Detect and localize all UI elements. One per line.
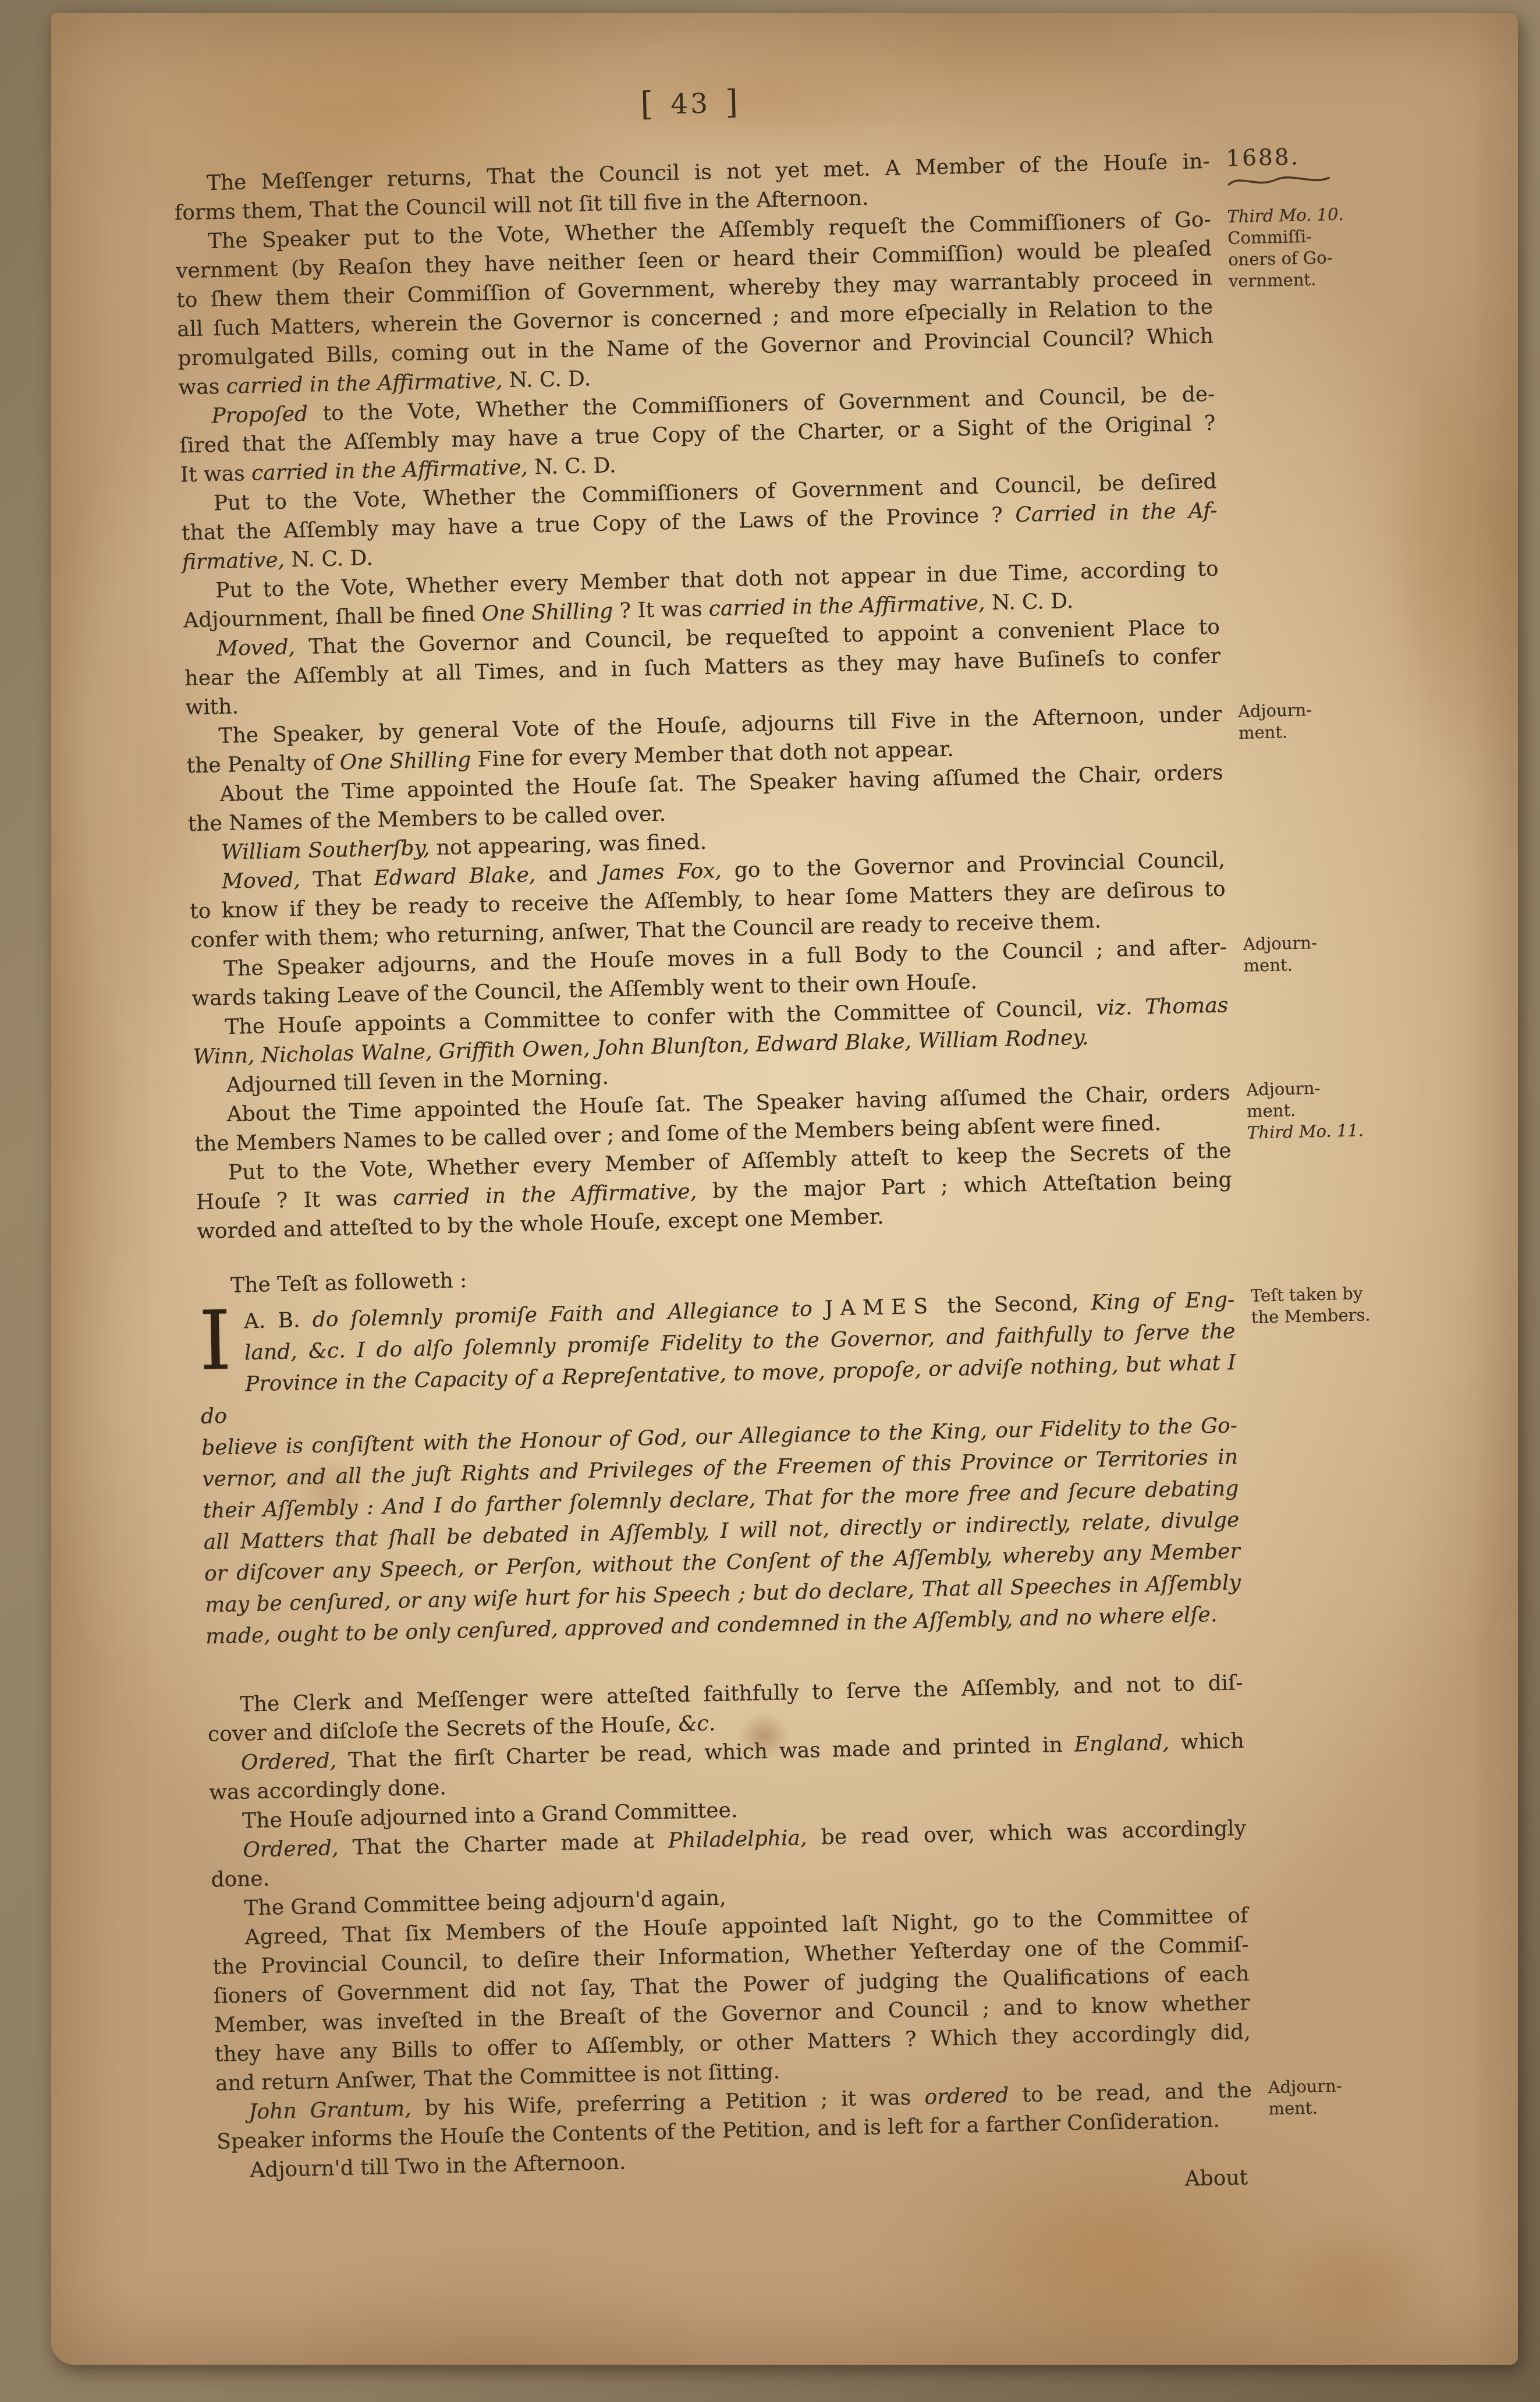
page-number: [43] bbox=[172, 72, 1209, 133]
year-squiggle-ornament bbox=[1226, 171, 1332, 190]
margin-note: Adjourn-ment. bbox=[1268, 2072, 1461, 2120]
catchword: About bbox=[1184, 2166, 1248, 2191]
margin-note: Adjourn-ment. bbox=[1238, 697, 1431, 744]
page-content: [43] The Meſſenger returns, That the Cou… bbox=[31, 0, 1540, 2380]
margin-note: 1688. bbox=[1226, 144, 1419, 196]
margin-note: Third Mo. 10.Commiſſi-oners of Go-vernme… bbox=[1227, 202, 1421, 292]
paper-sheet: [43] The Meſſenger returns, That the Cou… bbox=[51, 13, 1518, 2365]
scanned-page: [43] The Meſſenger returns, That the Cou… bbox=[0, 0, 1540, 2402]
margin-note: Adjourn-ment. bbox=[1243, 930, 1436, 977]
drop-cap: I bbox=[198, 1306, 245, 1371]
para-agreed-six-members: Agreed, That ſix Members of the Houſe ap… bbox=[212, 1901, 1251, 2099]
para-speaker-put-vote-commissioners: The Speaker put to the Vote, Whether the… bbox=[175, 206, 1215, 403]
text-column: The Meſſenger returns, That the Council … bbox=[173, 147, 1253, 2186]
page-number-bracket-right: ] bbox=[709, 83, 755, 122]
page-number-value: 43 bbox=[670, 87, 711, 120]
margin-note: Teſt taken bythe Members. bbox=[1251, 1281, 1444, 1328]
para-test-oath: IA. B. do ſolemnly promiſe Faith and All… bbox=[198, 1284, 1242, 1653]
margin-note: Adjourn-ment.Third Mo. 11. bbox=[1246, 1075, 1439, 1144]
page-number-bracket-left: [ bbox=[625, 85, 671, 124]
